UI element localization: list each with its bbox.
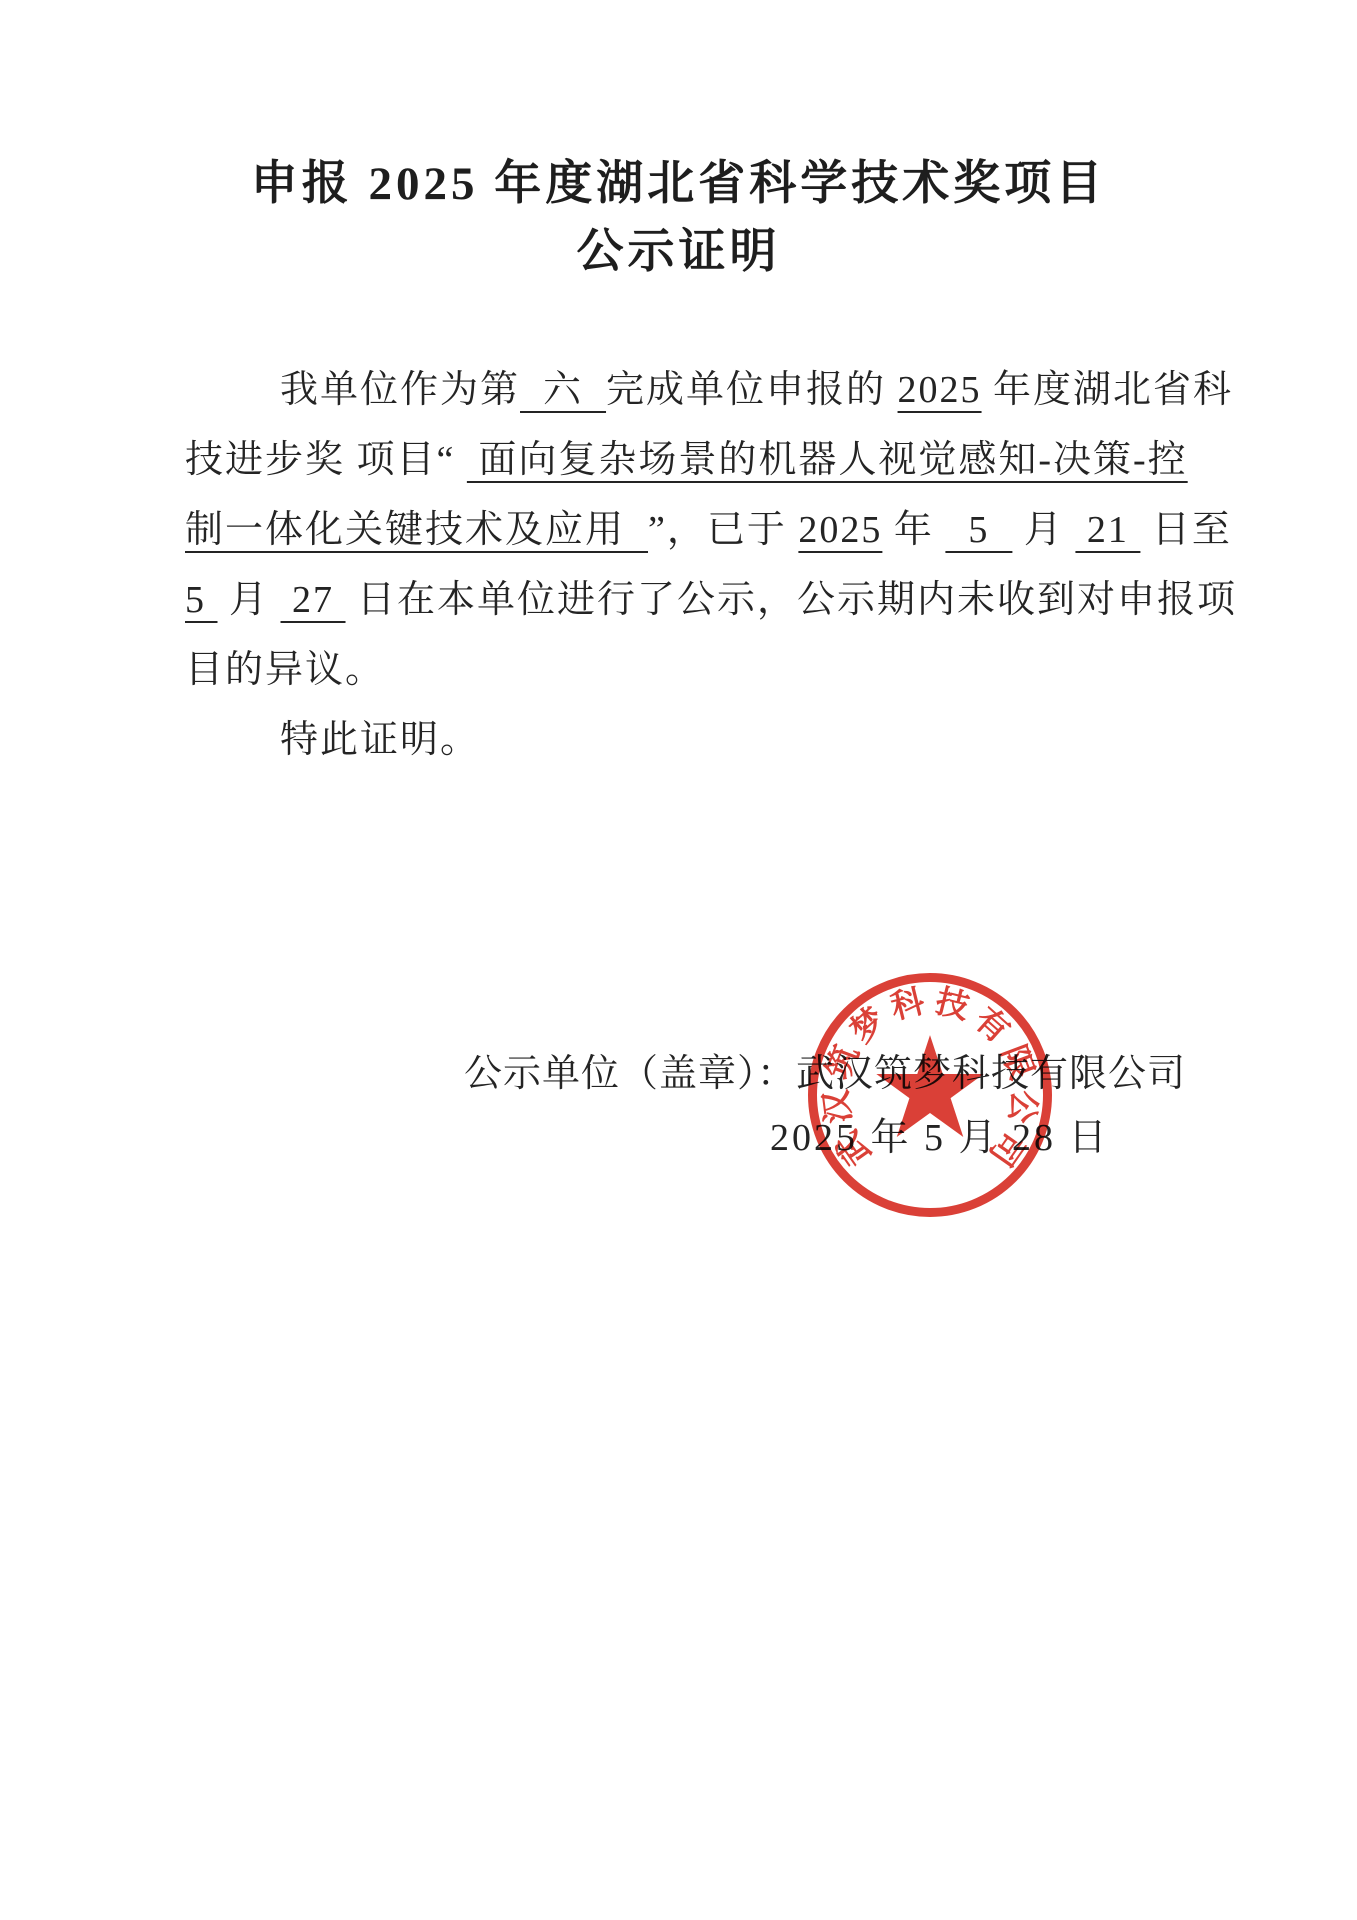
- body-text: 目的异议。: [185, 649, 385, 691]
- signature-date: 2025 年 5 月 28 日: [770, 1111, 1110, 1165]
- underlined-text: 5: [945, 509, 1012, 551]
- underlined-text: 21: [1075, 509, 1140, 551]
- underlined-text: 5: [185, 579, 218, 621]
- body-line: 5 月 27 日在本单位进行了公示，公示期内未收到对申报项: [185, 565, 1175, 635]
- document-page: 申报 2025 年度湖北省科学技术奖项目 公示证明 我单位作为第 六 完成单位申…: [0, 0, 1357, 1920]
- body-text: 我单位作为第: [280, 369, 520, 411]
- body-line: 制一体化关键技术及应用 ”，已于 2025 年 5 月 21 日至: [185, 495, 1175, 565]
- seal-ring-char: 梦: [846, 1003, 893, 1050]
- underlined-text: 2025: [898, 369, 982, 411]
- body-text: 完成单位申报的: [606, 369, 898, 411]
- body-text: 月: [218, 579, 281, 621]
- body-text: 年度湖北省科: [982, 369, 1234, 411]
- body-text: 技进步奖 项目“: [185, 439, 467, 481]
- seal-ring-char: 技: [932, 986, 972, 1026]
- body-line: 特此证明。: [185, 705, 1175, 775]
- underlined-text: 2025: [798, 509, 882, 551]
- body-text: ”，已于: [648, 509, 798, 551]
- body-line: 目的异议。: [185, 635, 1175, 705]
- document-title: 申报 2025 年度湖北省科学技术奖项目 公示证明: [0, 150, 1357, 286]
- underlined-text: 制一体化关键技术及应用: [185, 509, 648, 551]
- body-paragraph: 我单位作为第 六 完成单位申报的 2025 年度湖北省科技进步奖 项目“ 面向复…: [185, 355, 1175, 775]
- body-line: 我单位作为第 六 完成单位申报的 2025 年度湖北省科: [185, 355, 1175, 425]
- body-text: 日至: [1140, 509, 1232, 551]
- underlined-text: 27: [281, 579, 346, 621]
- signature-line: 公示单位（盖章）：武汉筑梦科技有限公司: [464, 1047, 1186, 1101]
- seal-ring-char: 科: [888, 986, 928, 1026]
- underlined-text: 六: [520, 369, 606, 411]
- body-text: 特此证明。: [280, 719, 480, 761]
- signature-label: 公示单位（盖章）：: [464, 1053, 796, 1095]
- body-text: 日在本单位进行了公示，公示期内未收到对申报项: [346, 579, 1238, 621]
- title-line-1: 申报 2025 年度湖北省科学技术奖项目: [0, 150, 1357, 218]
- seal-ring-char: 有: [968, 1003, 1015, 1050]
- signature-company: 武汉筑梦科技有限公司: [796, 1053, 1186, 1095]
- title-line-2: 公示证明: [0, 218, 1357, 286]
- body-text: 年: [882, 509, 945, 551]
- body-text: 月: [1012, 509, 1075, 551]
- body-line: 技进步奖 项目“ 面向复杂场景的机器人视觉感知-决策-控: [185, 425, 1175, 495]
- underlined-text: 面向复杂场景的机器人视觉感知-决策-控: [467, 439, 1188, 481]
